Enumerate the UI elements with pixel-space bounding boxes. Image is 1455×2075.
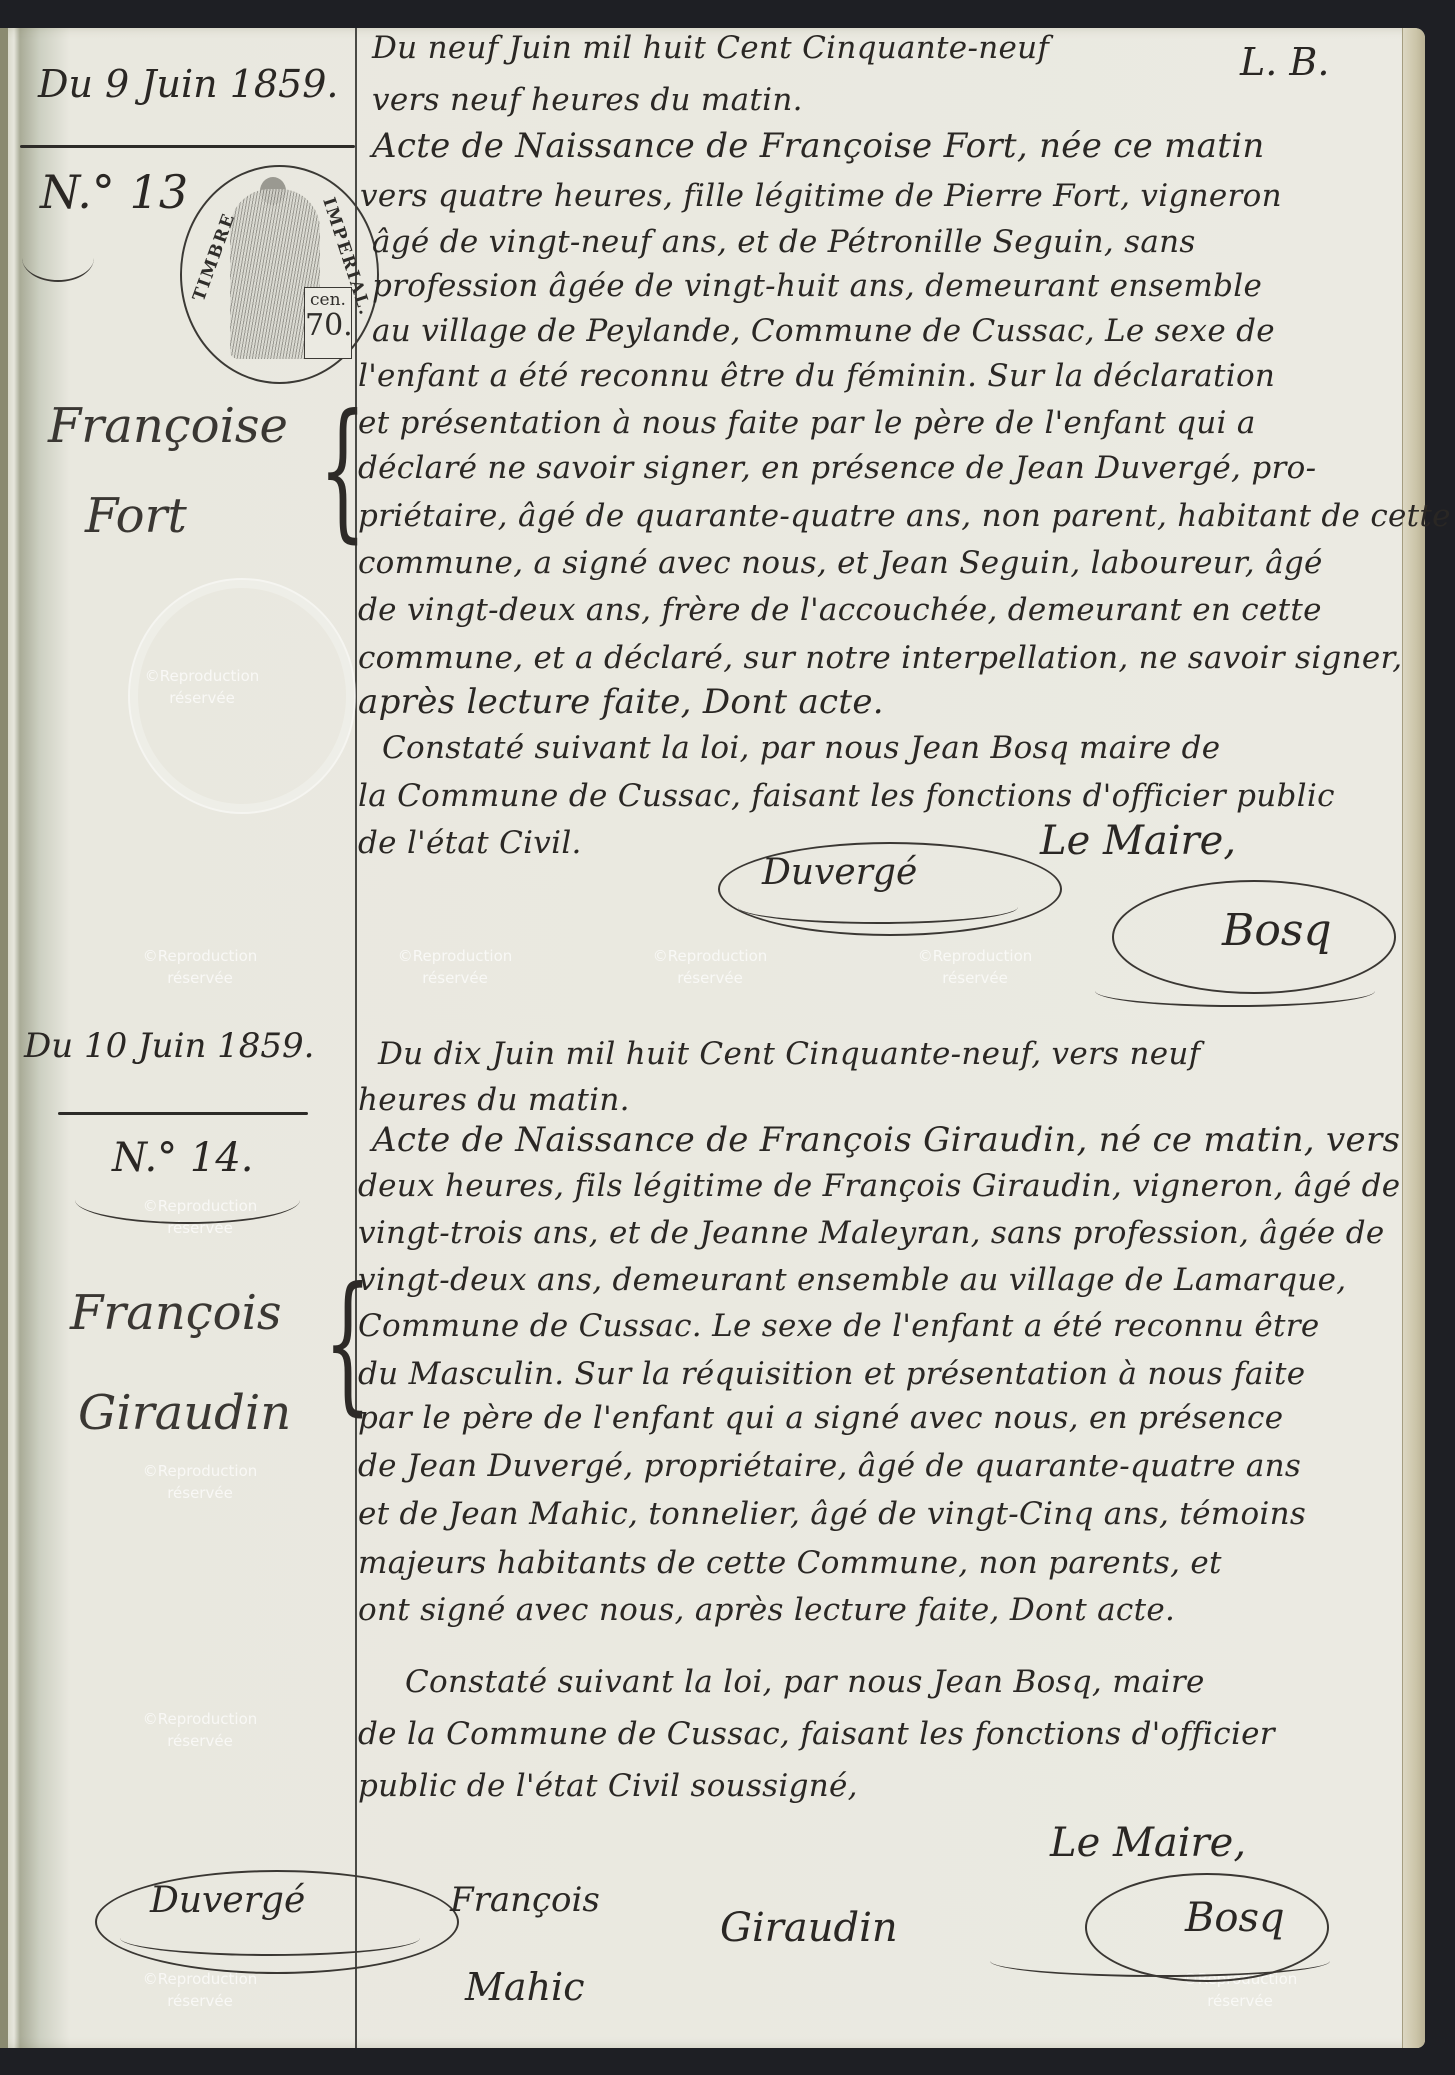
- act1-bosq-flourish: [1095, 975, 1375, 1007]
- act2-signature-bosq: Bosq: [1185, 1895, 1285, 1941]
- act1-line: la Commune de Cussac, faisant les foncti…: [358, 778, 1335, 814]
- act1-margin-number: N.° 13: [40, 165, 188, 219]
- act1-line: Acte de Naissance de Françoise Fort, née…: [372, 126, 1265, 166]
- act1-signature-flourish: [738, 890, 1018, 924]
- act2-signature-giraudin: Giraudin: [720, 1905, 898, 1951]
- act2-line: Acte de Naissance de François Giraudin, …: [372, 1120, 1400, 1160]
- act2-line: vingt-deux ans, demeurant ensemble au vi…: [358, 1262, 1346, 1298]
- act1-line: commune, a signé avec nous, et Jean Segu…: [358, 545, 1323, 581]
- act2-line: Du dix Juin mil huit Cent Cinquante-neuf…: [378, 1036, 1200, 1072]
- page-binding: [0, 28, 8, 2048]
- act1-line: vers neuf heures du matin.: [372, 82, 803, 118]
- act2-date-rule: [58, 1112, 308, 1115]
- watermark: ©Reproductionréservée: [130, 945, 270, 989]
- act2-margin-date: Du 10 Juin 1859.: [24, 1026, 314, 1066]
- act2-signature-francois: François: [450, 1880, 600, 1920]
- act2-line: de la Commune de Cussac, faisant les fon…: [358, 1716, 1275, 1752]
- watermark: ©Reproductionréservée: [385, 945, 525, 989]
- act1-line: commune, et a déclaré, sur notre interpe…: [358, 640, 1402, 676]
- stamp-value-box: cen. 70.: [304, 287, 352, 359]
- act2-line: du Masculin. Sur la réquisition et prése…: [358, 1356, 1305, 1392]
- act1-margin-date: Du 9 Juin 1859.: [38, 62, 338, 106]
- act2-line: heures du matin.: [358, 1082, 630, 1118]
- act1-line: de vingt-deux ans, frère de l'accouchée,…: [358, 592, 1322, 628]
- act1-line: Constaté suivant la loi, par nous Jean B…: [382, 730, 1220, 766]
- act2-line: Constaté suivant la loi, par nous Jean B…: [405, 1664, 1205, 1700]
- act2-line: et de Jean Mahic, tonnelier, âgé de ving…: [358, 1496, 1306, 1532]
- act1-line: priétaire, âgé de quarante-quatre ans, n…: [358, 498, 1451, 534]
- act1-line: déclaré ne savoir signer, en présence de…: [358, 450, 1316, 486]
- page-edge: [1402, 28, 1425, 2048]
- act1-line: au village de Peylande, Commune de Cussa…: [372, 313, 1275, 349]
- act1-line: âgé de vingt-neuf ans, et de Pétronille …: [372, 224, 1196, 260]
- act1-line: et présentation à nous faite par le père…: [358, 405, 1256, 441]
- imperial-tax-stamp: TIMBRE IMPERIAL. cen. 70.: [180, 165, 379, 384]
- act2-duverge-flourish: [120, 1920, 420, 1956]
- act1-signature-bosq: Bosq: [1222, 905, 1332, 956]
- act1-line: de l'état Civil.: [358, 825, 582, 861]
- act1-line: profession âgée de vingt-huit ans, demeu…: [372, 268, 1262, 304]
- act2-line: deux heures, fils légitime de François G…: [358, 1168, 1400, 1204]
- act2-line: majeurs habitants de cette Commune, non …: [358, 1545, 1222, 1581]
- act1-signature-duverge: Duvergé: [762, 852, 917, 893]
- act1-line: Du neuf Juin mil huit Cent Cinquante-neu…: [372, 30, 1049, 66]
- act1-margin-last-name: Fort: [85, 488, 187, 544]
- act2-margin-number: N.° 14.: [112, 1135, 253, 1181]
- act2-signature-mahic: Mahic: [465, 1965, 584, 2009]
- act1-line: l'enfant a été reconnu être du féminin. …: [358, 358, 1275, 394]
- act2-margin-last-name: Giraudin: [78, 1385, 291, 1441]
- watermark: ©Reproductionréservée: [640, 945, 780, 989]
- act2-bosq-flourish: [990, 1945, 1330, 1977]
- act2-line: Commune de Cussac. Le sexe de l'enfant a…: [358, 1308, 1320, 1344]
- act1-line: après lecture faite, Dont acte.: [358, 682, 884, 722]
- stamp-amount: 70.: [305, 310, 351, 342]
- act2-line: ont signé avec nous, après lecture faite…: [358, 1592, 1175, 1628]
- act2-line: par le père de l'enfant qui a signé avec…: [358, 1400, 1283, 1436]
- act1-mayor-title: Le Maire,: [1040, 818, 1236, 864]
- act2-margin-first-name: François: [70, 1285, 282, 1341]
- act2-signature-duverge: Duvergé: [150, 1880, 305, 1921]
- act1-line: vers quatre heures, fille légitime de Pi…: [360, 178, 1282, 214]
- watermark: ©Reproductionréservée: [132, 665, 272, 709]
- act1-date-rule: [20, 145, 355, 148]
- act2-line: de Jean Duvergé, propriétaire, âgé de qu…: [358, 1448, 1301, 1484]
- act2-line: public de l'état Civil soussigné,: [358, 1768, 858, 1804]
- act1-margin-first-name: Françoise: [48, 398, 288, 454]
- act2-mayor-title: Le Maire,: [1050, 1820, 1246, 1866]
- act2-line: vingt-trois ans, et de Jeanne Maleyran, …: [358, 1215, 1385, 1251]
- stamp-unit: cen.: [305, 290, 351, 310]
- marginal-initials: L. B.: [1240, 40, 1329, 84]
- watermark: ©Reproductionréservée: [130, 1460, 270, 1504]
- watermark: ©Reproductionréservée: [130, 1708, 270, 1752]
- watermark: ©Reproductionréservée: [905, 945, 1045, 989]
- watermark: ©Reproductionréservée: [130, 1968, 270, 2012]
